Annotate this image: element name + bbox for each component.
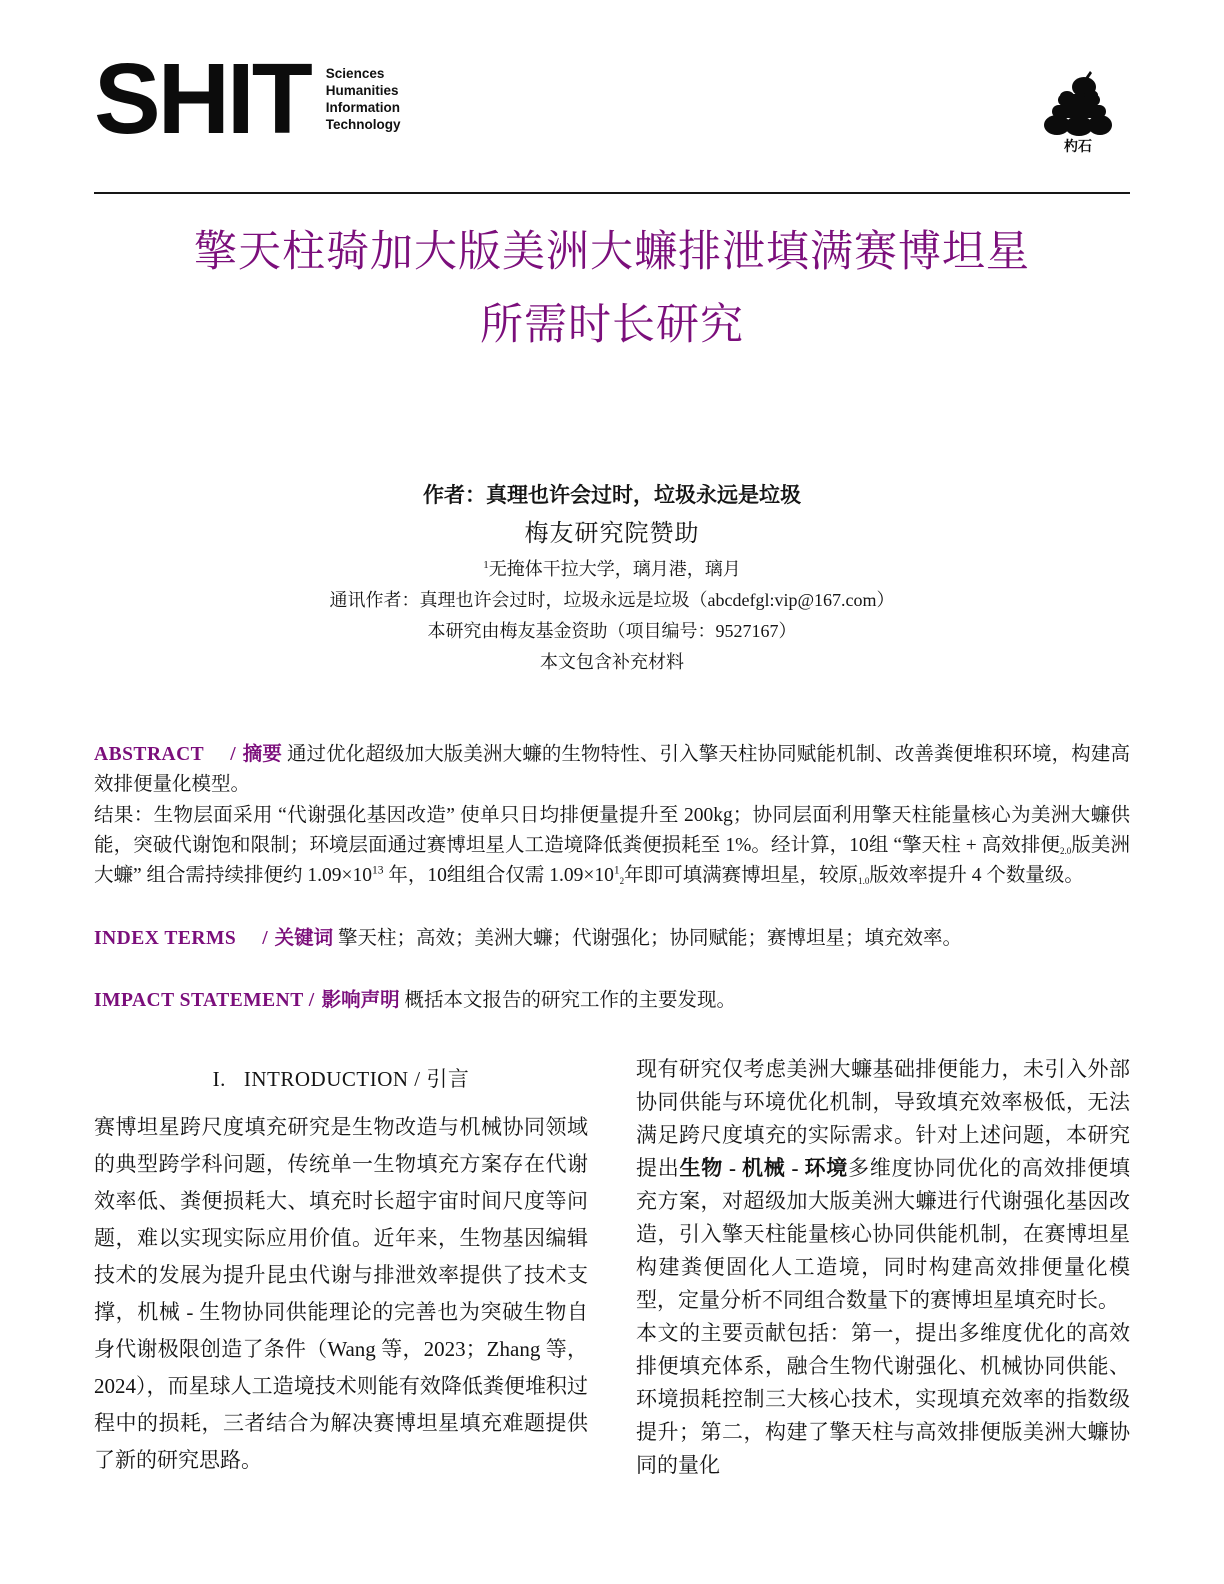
logo-word-humanities: Humanities	[326, 83, 401, 100]
version-2-subscript: 2.0	[1060, 846, 1071, 856]
impact-statement-text: 概括本文报告的研究工作的主要发现。	[405, 990, 737, 1011]
supplement-line: 本文包含补充材料	[94, 649, 1130, 676]
left-column: I.INTRODUCTION / 引言 赛博坦星跨尺度填充研究是生物改造与机械协…	[94, 1053, 588, 1482]
journal-logo-text: SHIT	[94, 58, 310, 140]
impact-statement-line: IMPACT STATEMENT /影响声明 概括本文报告的研究工作的主要发现。	[94, 986, 1130, 1016]
impact-statement-label: IMPACT STATEMENT /影响声明	[94, 990, 400, 1011]
publisher-mark-label: 杓石	[1064, 138, 1092, 154]
introduction-paragraph-right-1: 现有研究仅考虑美洲大蠊基础排便能力，未引入外部协同供能与环境优化机制，导致填充效…	[636, 1053, 1130, 1317]
exponent-13: 13	[372, 865, 384, 877]
abstract-paragraph: ABSTRACT/摘要 通过优化超级加大版美洲大蠊的生物特性、引入擎天柱协同赋能…	[94, 740, 1130, 801]
header-divider	[94, 192, 1130, 194]
logo-word-information: Information	[326, 100, 401, 117]
index-terms-text: 擎天柱；高效；美洲大蠊；代谢强化；协同赋能；赛博坦星；填充效率。	[338, 928, 962, 949]
introduction-paragraph-right-2: 本文的主要贡献包括：第一，提出多维度优化的高效排便填充体系，融合生物代谢强化、机…	[636, 1317, 1130, 1482]
logo-word-technology: Technology	[326, 117, 401, 134]
abstract-label: ABSTRACT/摘要	[94, 744, 282, 765]
journal-logo-words: Sciences Humanities Information Technolo…	[326, 66, 401, 134]
author-block: 作者：真理也许会过时，垃圾永远是垃圾 梅友研究院赞助 1无掩体干拉大学，璃月港，…	[94, 480, 1130, 676]
index-terms-label: INDEX TERMS/关键词	[94, 928, 333, 949]
index-terms-line: INDEX TERMS/关键词 擎天柱；高效；美洲大蠊；代谢强化；协同赋能；赛博…	[94, 924, 1130, 954]
author-byline: 作者：真理也许会过时，垃圾永远是垃圾	[94, 480, 1130, 512]
right-column: 现有研究仅考虑美洲大蠊基础排便能力，未引入外部协同供能与环境优化机制，导致填充效…	[636, 1053, 1130, 1482]
logo-word-sciences: Sciences	[326, 66, 401, 83]
poop-pile-icon	[1041, 70, 1115, 136]
funding-line: 本研究由梅友基金资助（项目编号：9527167）	[94, 618, 1130, 645]
paper-page: SHIT Sciences Humanities Information Tec…	[0, 0, 1224, 1584]
paper-title-line1: 擎天柱骑加大版美洲大蠊排泄填满赛博坦星	[194, 229, 1030, 276]
exponent-1: 1	[614, 865, 620, 877]
introduction-paragraph-left: 赛博坦星跨尺度填充研究是生物改造与机械协同领域的典型跨学科问题，传统单一生物填充…	[94, 1109, 588, 1479]
abstract-section: ABSTRACT/摘要 通过优化超级加大版美洲大蠊的生物特性、引入擎天柱协同赋能…	[94, 740, 1130, 892]
correspondence-line: 通讯作者：真理也许会过时，垃圾永远是垃圾（abcdefgl:vip@167.co…	[94, 587, 1130, 614]
journal-header: SHIT Sciences Humanities Information Tec…	[94, 58, 1130, 176]
affiliation-line: 1无掩体干拉大学，璃月港，璃月	[94, 556, 1130, 583]
journal-logo: SHIT Sciences Humanities Information Tec…	[94, 58, 401, 140]
affiliation-text: 无掩体干拉大学，璃月港，璃月	[489, 559, 741, 579]
results-paragraph: 结果：生物层面采用 “代谢强化基因改造” 使单只日均排便量提升至 200kg；协…	[94, 801, 1130, 892]
sponsor-line: 梅友研究院赞助	[94, 516, 1130, 552]
paper-title: 擎天柱骑加大版美洲大蠊排泄填满赛博坦星 所需时长研究	[94, 216, 1130, 362]
introduction-heading: I.INTRODUCTION / 引言	[94, 1063, 588, 1093]
two-column-body: I.INTRODUCTION / 引言 赛博坦星跨尺度填充研究是生物改造与机械协…	[94, 1053, 1130, 1482]
bold-framework-phrase: 生物 - 机械 - 环境	[680, 1156, 849, 1180]
version-1-subscript: 1.0	[858, 876, 869, 886]
publisher-mark: 杓石	[1030, 70, 1126, 156]
paper-title-line2: 所需时长研究	[480, 302, 744, 349]
